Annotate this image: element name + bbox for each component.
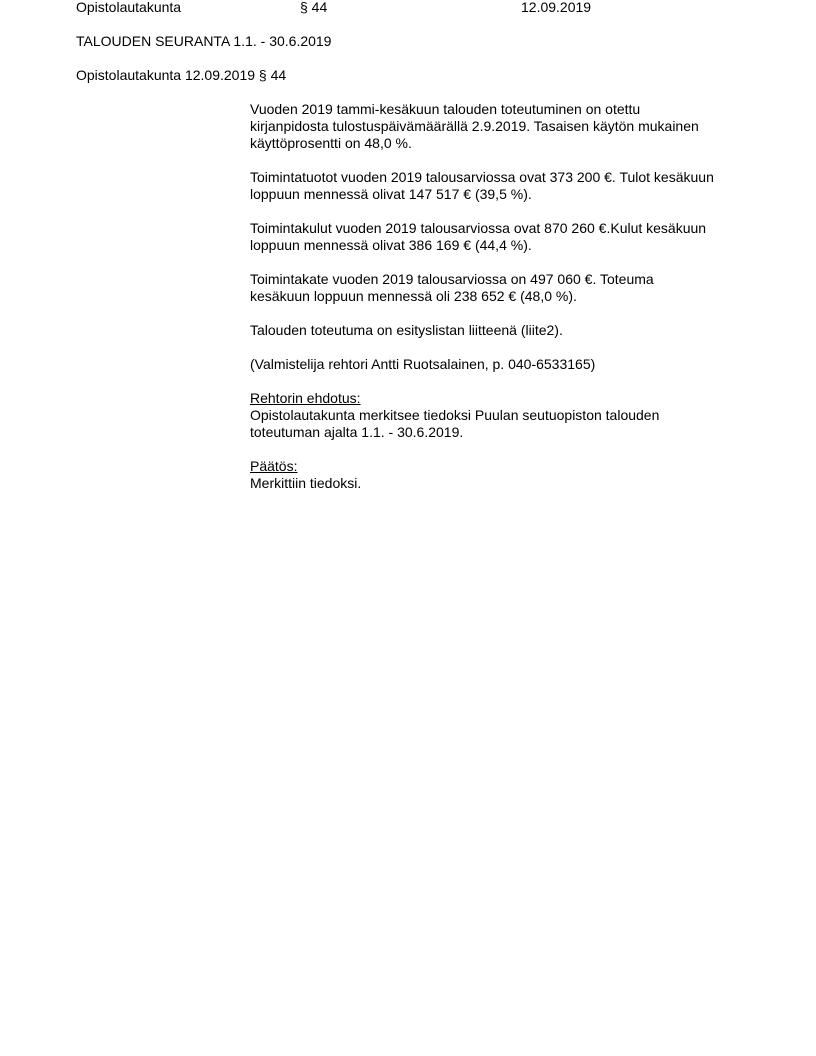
proposal-heading: Rehtorin ehdotus: [250,390,750,407]
document-title: TALOUDEN SEURANTA 1.1. - 30.6.2019 [76,33,331,50]
decision-text: Merkittiin tiedoksi. [250,475,750,492]
paragraph-net: Toimintakate vuoden 2019 talousarviossa … [250,271,750,305]
proposal-text: Opistolautakunta merkitsee tiedoksi Puul… [250,407,750,441]
decision-section: Päätös: Merkittiin tiedoksi. [250,458,750,492]
document-body: Vuoden 2019 tammi-kesäkuun talouden tote… [250,101,750,509]
header-date: 12.09.2019 [521,0,591,16]
header-organization: Opistolautakunta [76,0,181,16]
proposal-section: Rehtorin ehdotus: Opistolautakunta merki… [250,390,750,441]
header-paragraph-number: § 44 [300,0,327,16]
paragraph-expenses: Toimintakulut vuoden 2019 talousarviossa… [250,220,750,254]
paragraph-revenue: Toimintatuotot vuoden 2019 talousarvioss… [250,169,750,203]
paragraph-preparer: (Valmistelija rehtori Antti Ruotsalainen… [250,356,750,373]
decision-heading: Päätös: [250,458,750,475]
meeting-reference: Opistolautakunta 12.09.2019 § 44 [76,67,286,84]
paragraph-summary: Vuoden 2019 tammi-kesäkuun talouden tote… [250,101,750,152]
paragraph-attachment: Talouden toteutuma on esityslistan liitt… [250,322,750,339]
